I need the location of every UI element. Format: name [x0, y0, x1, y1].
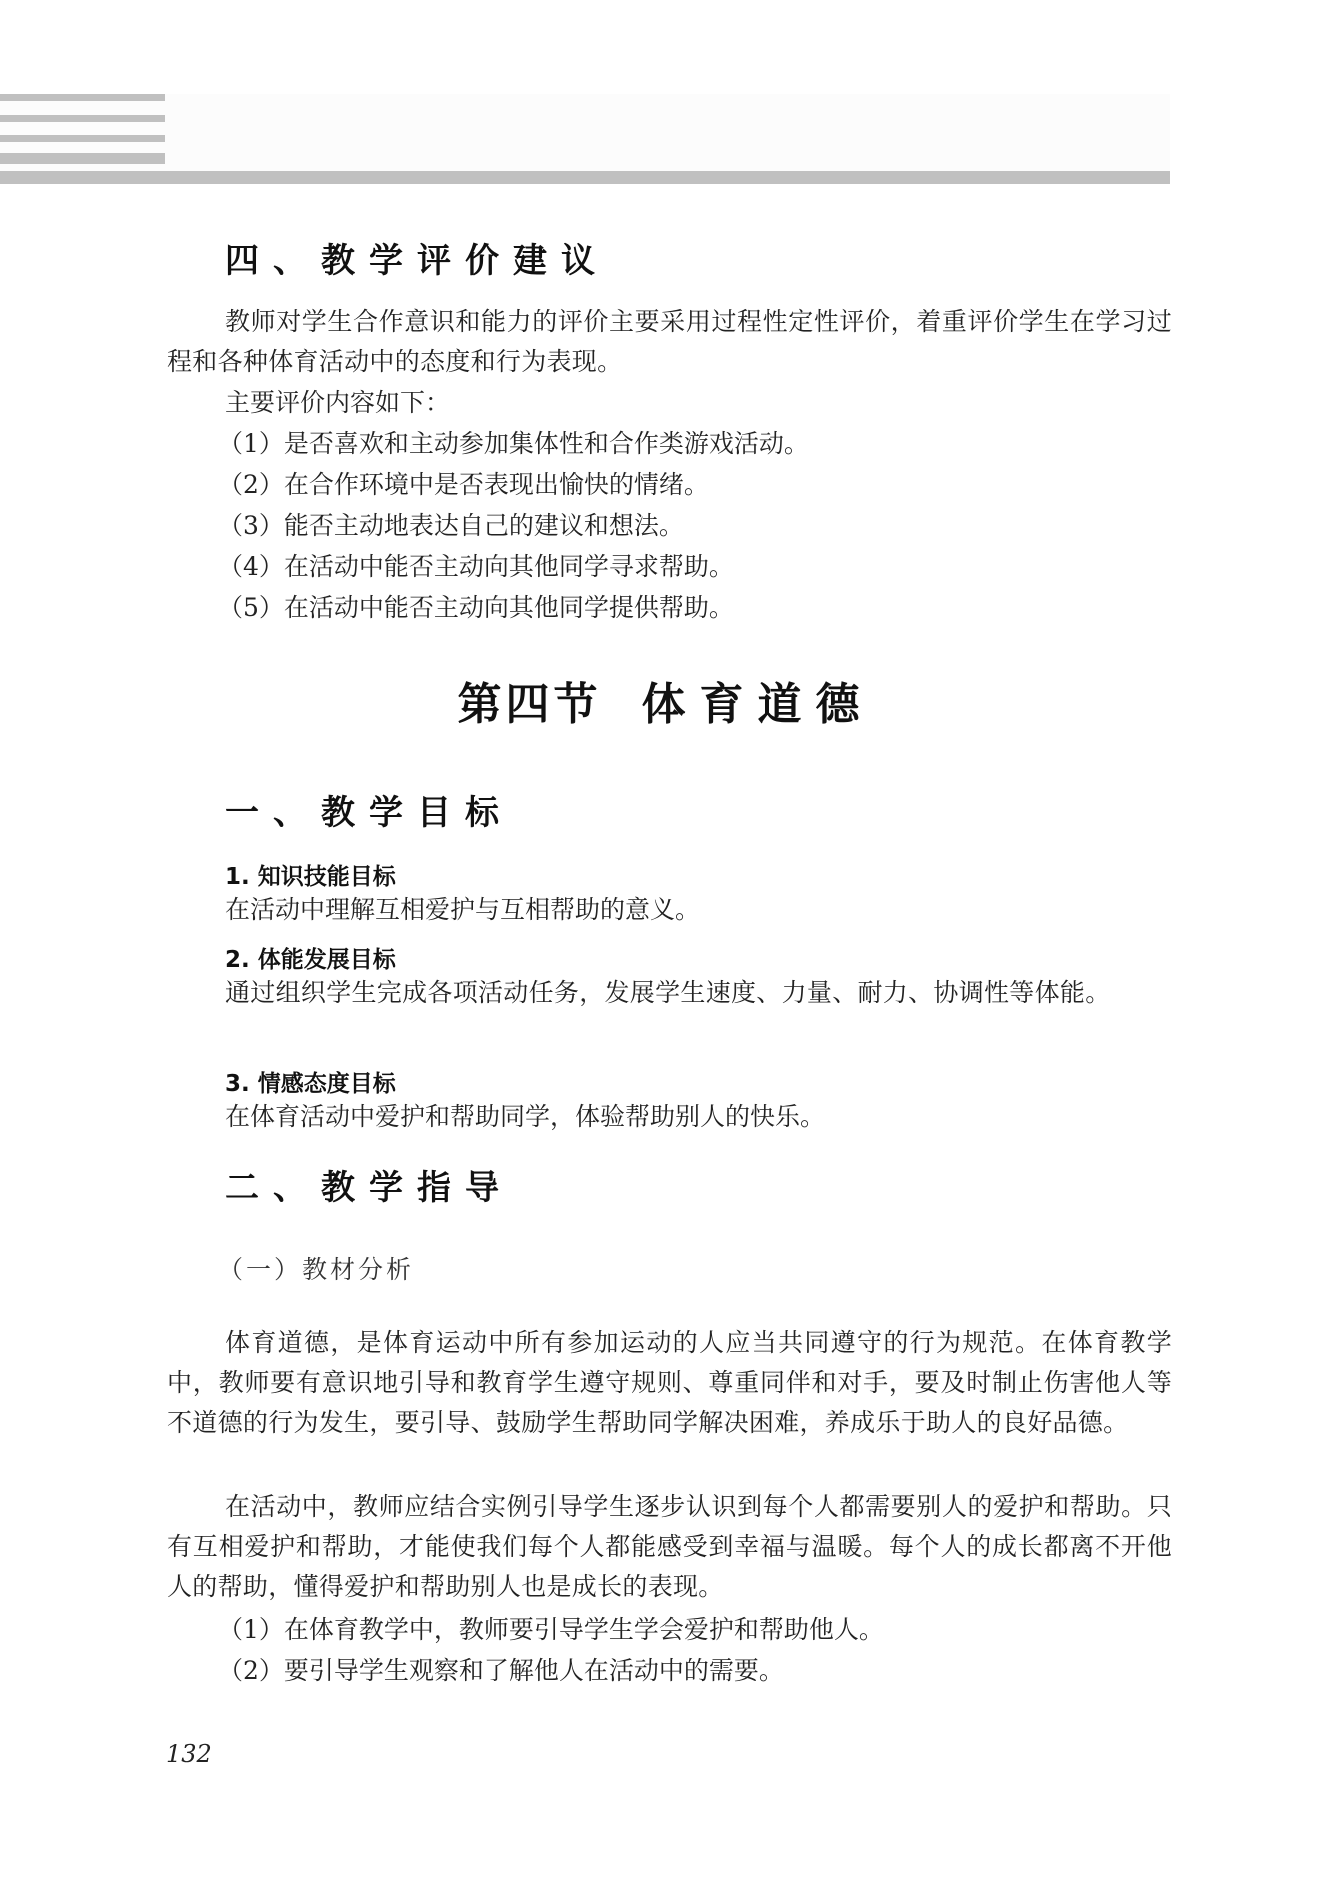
goal-title: 3. 情感态度目标 — [225, 1065, 396, 1098]
goal-text: 在活动中理解互相爱护与互相帮助的意义。 — [225, 890, 700, 930]
header-stripe — [0, 94, 165, 101]
evaluation-paragraph: 教师对学生合作意识和能力的评价主要采用过程性定性评价，着重评价学生在学习过程和各… — [167, 302, 1172, 382]
guidance-item: （1）在体育教学中，教师要引导学生学会爱护和帮助他人。 — [218, 1610, 884, 1650]
section-heading-evaluation: 四、教学评价建议 — [225, 233, 609, 282]
header-rule — [0, 171, 1170, 184]
header-stripe — [0, 115, 165, 122]
goal-text: 通过组织学生完成各项活动任务，发展学生速度、力量、耐力、协调性等体能。 — [167, 973, 1172, 1013]
header-stripe — [0, 153, 165, 164]
section-heading-guidance: 二、教学指导 — [225, 1160, 513, 1209]
guidance-paragraph: 体育道德，是体育运动中所有参加运动的人应当共同遵守的行为规范。在体育教学中，教师… — [167, 1323, 1172, 1443]
evaluation-item: （3）能否主动地表达自己的建议和想法。 — [218, 506, 684, 546]
goal-title: 1. 知识技能目标 — [225, 858, 396, 891]
evaluation-intro: 主要评价内容如下： — [225, 383, 450, 423]
goal-text: 在体育活动中爱护和帮助同学，体验帮助别人的快乐。 — [225, 1097, 825, 1137]
evaluation-item: （1）是否喜欢和主动参加集体性和合作类游戏活动。 — [218, 424, 809, 464]
section-heading-goals: 一、教学目标 — [225, 785, 513, 834]
header-stripe — [0, 135, 165, 142]
chapter-title: 第四节体育道德 — [0, 668, 1331, 732]
chapter-label: 第四节 — [458, 679, 602, 730]
chapter-name: 体育道德 — [642, 679, 874, 730]
guidance-subheading: （一）教材分析 — [218, 1250, 414, 1290]
guidance-paragraph: 在活动中，教师应结合实例引导学生逐步认识到每个人都需要别人的爱护和帮助。只有互相… — [167, 1487, 1172, 1607]
evaluation-item: （2）在合作环境中是否表现出愉快的情绪。 — [218, 465, 709, 505]
evaluation-item: （4）在活动中能否主动向其他同学寻求帮助。 — [218, 547, 734, 587]
guidance-item: （2）要引导学生观察和了解他人在活动中的需要。 — [218, 1651, 784, 1691]
goal-title: 2. 体能发展目标 — [225, 941, 396, 974]
evaluation-item: （5）在活动中能否主动向其他同学提供帮助。 — [218, 588, 734, 628]
page-number: 132 — [166, 1740, 212, 1768]
header-band — [0, 94, 1170, 172]
